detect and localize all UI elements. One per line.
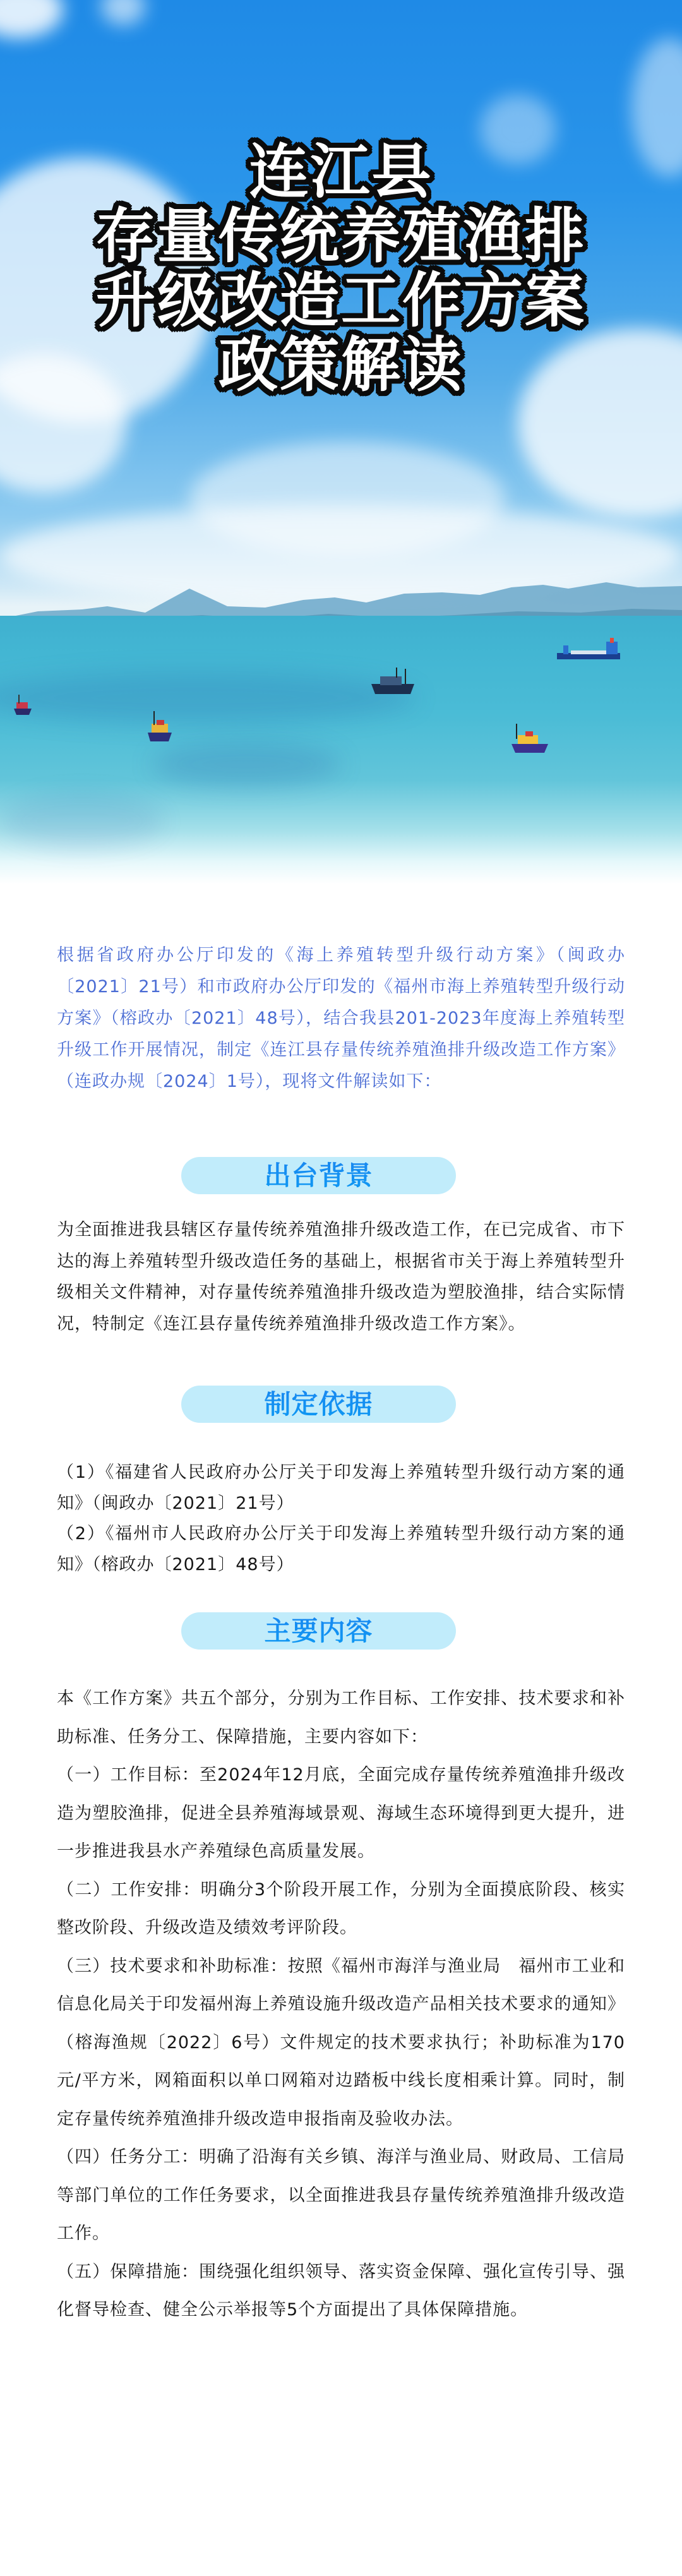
page-title: 连江县 存量传统养殖渔排 升级改造工作方案 政策解读 [0, 140, 682, 398]
main-item-safeguard-measures: （五）保障措施：围绕强化组织领导、落实资金保障、强化宣传引导、强化督导检查、健全… [57, 2253, 625, 2330]
water-shadow [0, 673, 417, 723]
main-item-work-arrangement: （二）工作安排：明确分3个阶段开展工作，分别为全面摸底阶段、核实整改阶段、升级改… [57, 1871, 625, 1948]
intro-paragraph: 根据省政府办公厅印发的《海上养殖转型升级行动方案》（闽政办〔2021〕21号）和… [57, 940, 625, 1098]
cloud-decoration [0, 0, 63, 38]
title-line-2: 存量传统养殖渔排 [0, 205, 682, 269]
section-heading-label: 制定依据 [264, 1386, 373, 1423]
title-line-3: 升级改造工作方案 [0, 269, 682, 333]
fishing-boat-icon [512, 724, 549, 757]
title-line-4: 政策解读 [0, 333, 682, 398]
basis-item-1: （1）《福建省人民政府办公厅关于印发海上养殖转型升级行动方案的通知》（闽政办〔2… [57, 1458, 625, 1519]
main-item-technical-requirements: （三）技术要求和补助标准：按照《福州市海洋与渔业局 福州市工业和信息化局关于印发… [57, 1948, 625, 2139]
fishing-boat-icon [148, 711, 173, 744]
main-item-task-division: （四）任务分工：明确了沿海有关乡镇、海洋与渔业局、财政局、工信局等部门单位的工作… [57, 2138, 625, 2253]
background-section-body: 为全面推进我县辖区存量传统养殖渔排升级改造工作，在已完成省、市下达的海上养殖转型… [57, 1214, 625, 1339]
basis-section-body: （1）《福建省人民政府办公厅关于印发海上养殖转型升级行动方案的通知》（闽政办〔2… [57, 1458, 625, 1580]
background-paragraph: 为全面推进我县辖区存量传统养殖渔排升级改造工作，在已完成省、市下达的海上养殖转型… [57, 1214, 625, 1339]
water-shadow [152, 742, 341, 786]
section-heading-main-content: 主要内容 [181, 1612, 456, 1650]
section-heading-background: 出台背景 [181, 1157, 456, 1194]
main-item-work-goal: （一）工作目标：至2024年12月底，全面完成存量传统养殖渔排升级改造为塑胶渔排… [57, 1756, 625, 1871]
main-overview-paragraph: 本《工作方案》共五个部分，分别为工作目标、工作安排、技术要求和补助标准、任务分工… [57, 1680, 625, 1756]
section-heading-label: 主要内容 [264, 1612, 373, 1650]
main-content-section-body: 本《工作方案》共五个部分，分别为工作目标、工作安排、技术要求和补助标准、任务分工… [57, 1680, 625, 2330]
fishing-boat-icon [14, 695, 33, 717]
hero-banner: 连江县 存量传统养殖渔排 升级改造工作方案 政策解读 [0, 0, 682, 884]
section-heading-basis: 制定依据 [181, 1386, 456, 1423]
water-shadow [0, 793, 164, 849]
basis-item-2: （2）《福州市人民政府办公厅关于印发海上养殖转型升级行动方案的通知》（榕政办〔2… [57, 1519, 625, 1580]
intro-text: 根据省政府办公厅印发的《海上养殖转型升级行动方案》（闽政办〔2021〕21号）和… [57, 940, 625, 1098]
cloud-decoration [101, 0, 145, 25]
cargo-ship-icon [557, 635, 623, 663]
section-heading-label: 出台背景 [264, 1157, 373, 1194]
fishing-boat-icon [371, 666, 417, 698]
title-line-1: 连江县 [0, 140, 682, 205]
